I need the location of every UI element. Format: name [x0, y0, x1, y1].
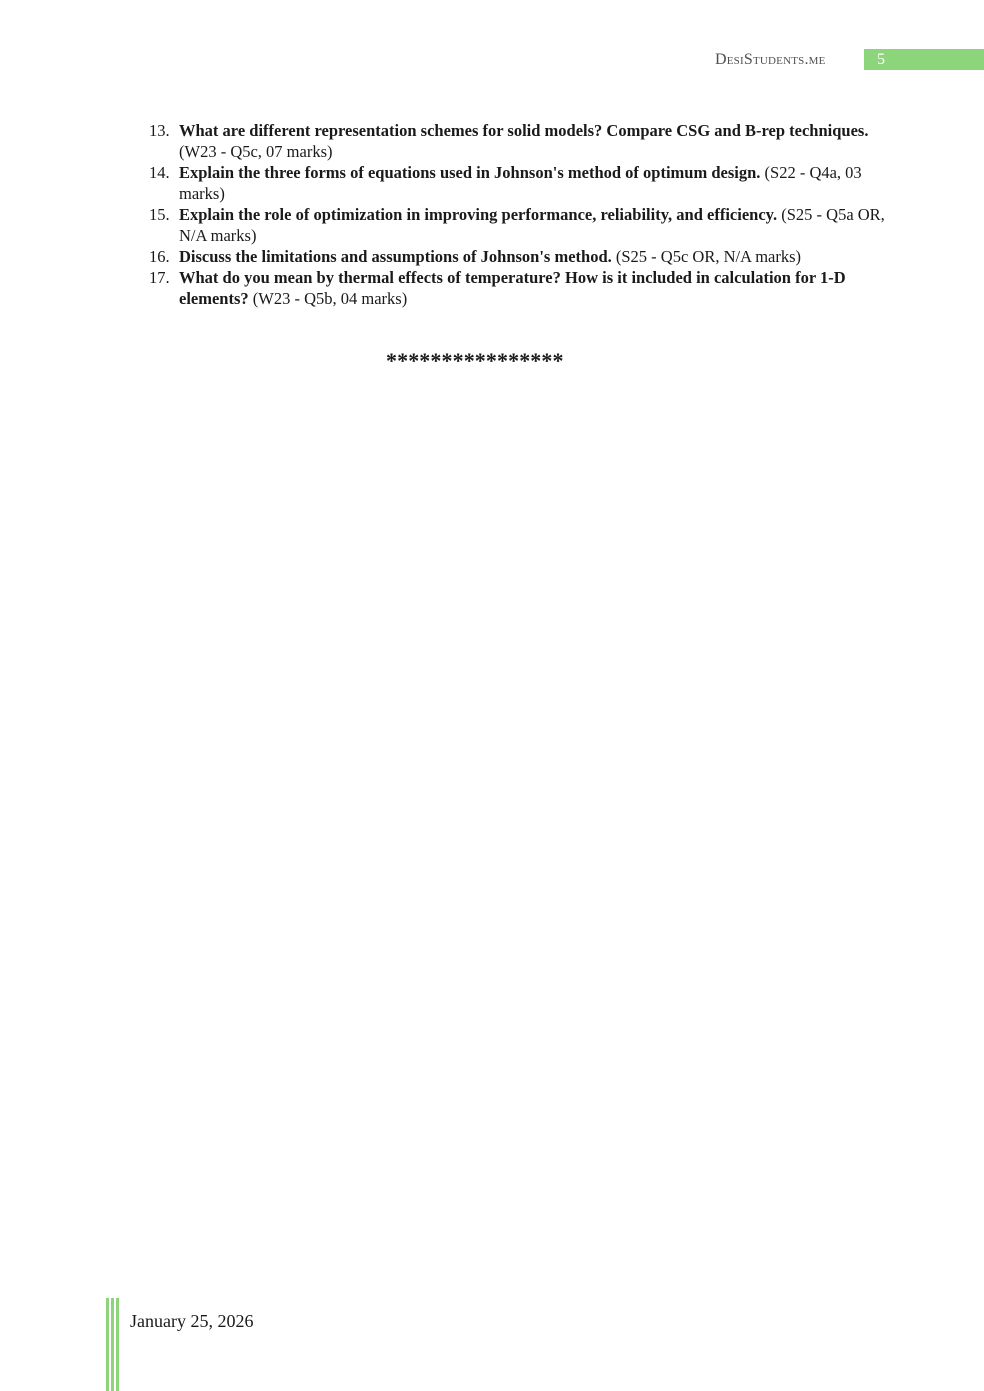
question-list: 13. What are different representation sc…	[145, 120, 885, 309]
question-item: 15. Explain the role of optimization in …	[145, 204, 885, 246]
question-item: 17. What do you mean by thermal effects …	[145, 267, 885, 309]
question-number: 17.	[149, 267, 170, 288]
question-text: Discuss the limitations and assumptions …	[179, 247, 612, 266]
footer-accent-bars	[106, 1298, 120, 1391]
question-item: 16. Discuss the limitations and assumpti…	[145, 246, 885, 267]
page-number: 5	[877, 49, 885, 70]
question-number: 16.	[149, 246, 170, 267]
accent-bar	[106, 1298, 109, 1391]
question-number: 14.	[149, 162, 170, 183]
question-text: Explain the three forms of equations use…	[179, 163, 760, 182]
question-number: 15.	[149, 204, 170, 225]
site-name: DesiStudents.me	[715, 50, 826, 70]
question-number: 13.	[149, 120, 170, 141]
page-number-box: 5	[864, 49, 984, 70]
question-meta: (W23 - Q5c, 07 marks)	[179, 142, 333, 161]
question-item: 13. What are different representation sc…	[145, 120, 885, 162]
accent-bar	[116, 1298, 119, 1391]
question-item: 14. Explain the three forms of equations…	[145, 162, 885, 204]
accent-bar	[111, 1298, 114, 1391]
end-separator: ****************	[386, 350, 564, 372]
question-text: Explain the role of optimization in impr…	[179, 205, 777, 224]
question-meta: (S25 - Q5c OR, N/A marks)	[612, 247, 801, 266]
footer-date: January 25, 2026	[130, 1310, 253, 1332]
question-meta: (W23 - Q5b, 04 marks)	[249, 289, 408, 308]
question-text: What are different representation scheme…	[179, 121, 868, 140]
